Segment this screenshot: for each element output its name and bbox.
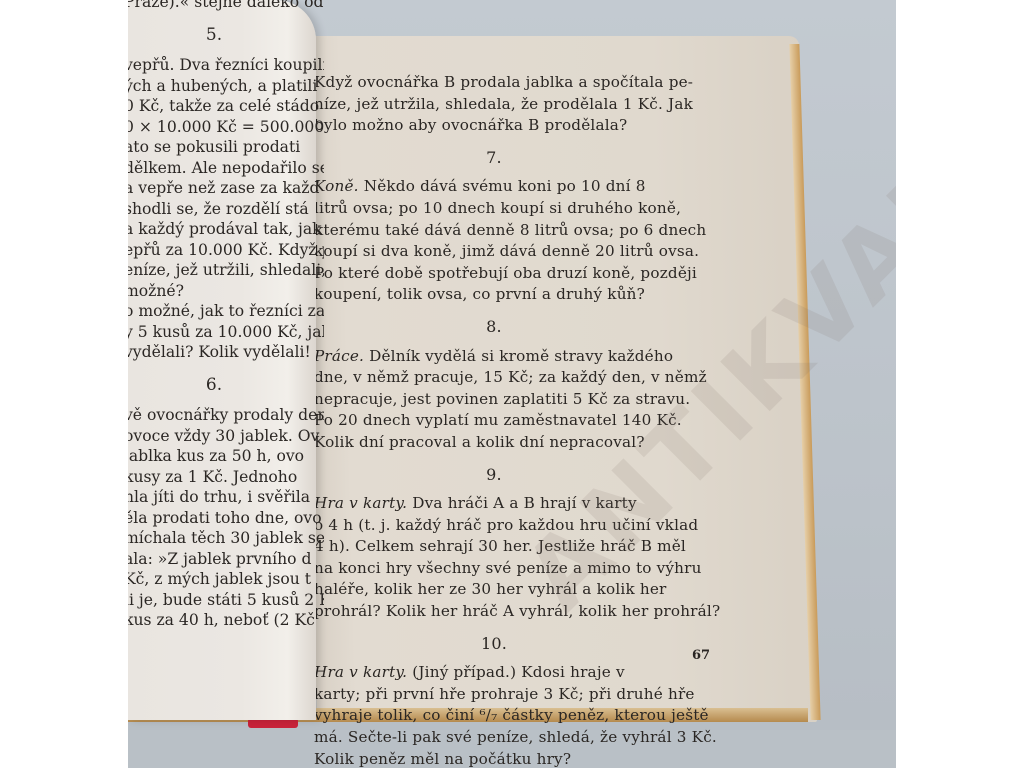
page-number: 67	[692, 648, 710, 663]
text-line: ato se pokusili prodati	[128, 137, 324, 158]
text-line: vepřů. Dva řezníci koupili	[128, 55, 324, 76]
problem-number: 8.	[314, 316, 674, 338]
text-line: jablka kus za 50 h, ovo	[128, 446, 324, 467]
problem-line: koupí si dva koně, jimž dává denně 20 li…	[314, 241, 834, 263]
text-line: vě ovocnářky prodaly den	[128, 405, 324, 426]
text-line: kus za 40 h, neboť (2 Kč	[128, 610, 324, 631]
book-photo: Když ovocnářka B prodala jablka a spočít…	[128, 0, 896, 768]
text-line: ovoce vždy 30 jablek. Ov	[128, 426, 324, 447]
text-line: dělkem. Ale nepodařilo se	[128, 158, 324, 179]
text-line: epřů za 10.000 Kč. Když pro	[128, 240, 324, 261]
problem-line: má. Sečte-li pak své peníze, shledá, že …	[314, 727, 834, 749]
intro-line: bylo možno aby ovocnářka B prodělala?	[314, 115, 834, 137]
problem-line: Koně. Někdo dává svému koni po 10 dní 8	[314, 176, 834, 198]
text-line: Kč, z mých jablek jsou t	[128, 569, 324, 590]
problem-line: litrů ovsa; po 10 dnech koupí si druhého…	[314, 198, 834, 220]
text-line: a vepře než zase za každ	[128, 178, 324, 199]
text-line: eníze, jež utržili, shledali, ž	[128, 260, 324, 281]
text-line: možné?	[128, 281, 324, 302]
problem-number: 6.	[128, 375, 304, 396]
problem-line: Po které době spotřebují oba druzí koně,…	[314, 263, 834, 285]
text-line: ých a hubených, a platili	[128, 76, 324, 97]
text-line: Praze).« stejně daleko od Pra	[128, 0, 324, 13]
text-line: 0 Kč, takže za celé stádo	[128, 96, 324, 117]
problem-line: Kolik peněz měl na počátku hry?	[314, 749, 834, 768]
text-line: shodli se, že rozdělí stá	[128, 199, 324, 220]
problem-title: Hra v karty.	[314, 663, 407, 681]
text-line: li je, bude státi 5 kusů 2 K	[128, 590, 324, 611]
problem-line: karty; při první hře prohraje 3 Kč; při …	[314, 684, 834, 706]
text-line: a každý prodával tak, jak	[128, 219, 324, 240]
text-line: hla jíti do trhu, i svěřila	[128, 487, 324, 508]
text-line: ěla prodati toho dne, ovo	[128, 508, 324, 529]
text-line: ala: »Z jablek prvního d	[128, 549, 324, 570]
problem-number: 10.	[314, 633, 674, 655]
intro-line: níze, jež utržila, shledala, že prodělal…	[314, 94, 834, 116]
text-line: míchala těch 30 jablek se	[128, 528, 324, 549]
problem-line: kterému také dává denně 8 litrů ovsa; po…	[314, 220, 834, 242]
text-line: kusy za 1 Kč. Jednoho	[128, 467, 324, 488]
problem-title: Hra v karty.	[314, 494, 407, 512]
problem-line: Hra v karty. (Jiný případ.) Kdosi hraje …	[314, 662, 834, 684]
text-line: y 5 kusů za 10.000 Kč, jak	[128, 322, 324, 343]
intro-line: Když ovocnářka B prodala jablka a spočít…	[314, 72, 834, 94]
problem-number: 7.	[314, 147, 674, 169]
problem-number: 5.	[128, 25, 304, 46]
problem-line: vyhraje tolik, co činí ⁶/₇ částky peněz,…	[314, 705, 834, 727]
text-line: o možné, jak to řezníci zaří	[128, 301, 324, 322]
text-line: 0 × 10.000 Kč = 500.000 Kč	[128, 117, 324, 138]
left-page-text: Praze).« stejně daleko od Pra 5. vepřů. …	[128, 0, 324, 632]
text-line: vydělali? Kolik vydělali!	[128, 342, 324, 363]
left-page-curled: Praze).« stejně daleko od Pra 5. vepřů. …	[128, 0, 316, 720]
